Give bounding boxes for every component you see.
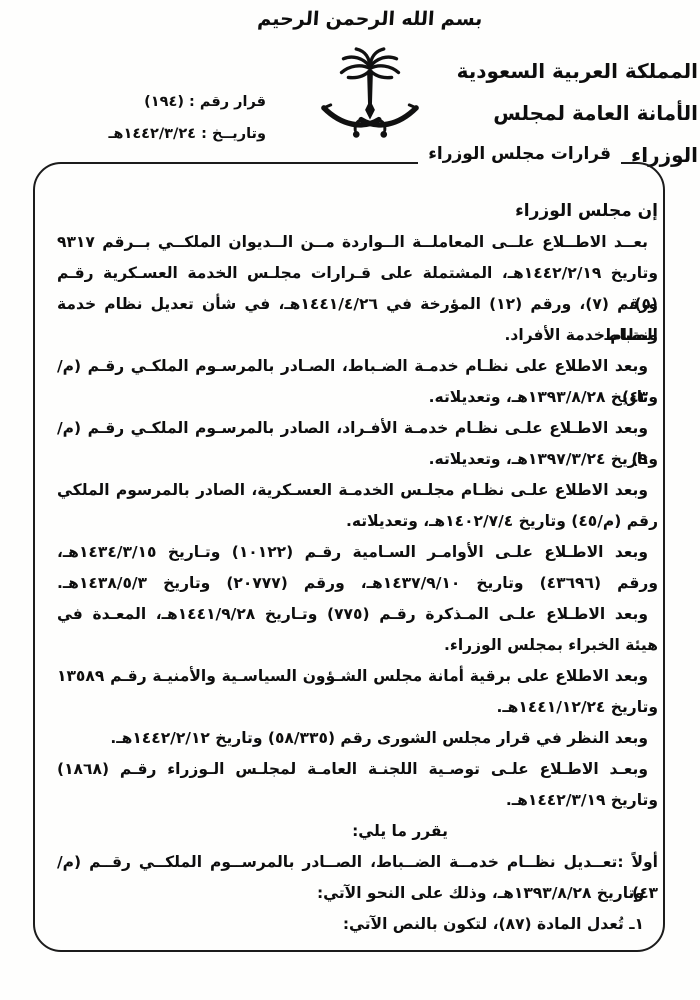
- decree-number-line: قرار رقم : (١٩٤): [104, 86, 266, 118]
- decree-text-line: ورقم (٤٣٦٩٦) وتاريخ ١٤٣٧/٩/١٠هـ، ورقم (٢…: [57, 568, 658, 599]
- decree-text-line: وبعد الاطلاع علـى نظـام مجلـس الخدمـة ال…: [57, 475, 658, 506]
- decree-text-line: وبعد الاطـلاع علـى الأوامـر السـامية رقـ…: [57, 537, 658, 568]
- decree-date-label: وتاريــخ :: [201, 126, 266, 142]
- decree-text-line: ورقم (٧)، ورقم (١٢) المؤرخة في ١٤٤١/٤/٢٦…: [57, 289, 658, 320]
- decree-number-label: قرار رقم :: [189, 94, 266, 110]
- decree-text-line: وتاريخ ١٣٩٣/٨/٢٨هـ، وذلك على النحو الآتي…: [57, 878, 658, 909]
- decree-text-line: بعــد الاطــلاع علــى المعاملــة الــوار…: [57, 227, 658, 258]
- saudi-emblem-icon: [316, 44, 424, 156]
- decree-number-value: (١٩٤): [144, 94, 184, 110]
- decree-text-line: وبعد الاطـلاع علـى المـذكرة رقـم (٧٧٥) و…: [57, 599, 658, 630]
- decree-text-line: وبعـد الاطـلاع علـى توصـية اللجنـة العام…: [57, 754, 658, 785]
- decree-meta-block: قرار رقم : (١٩٤) وتاريــخ : ١٤٤٢/٣/٢٤هـ: [104, 86, 266, 150]
- bismillah-calligraphy: بسم الله الرحمن الرحيم: [0, 8, 700, 30]
- decree-text-line: يقرر ما يلي:: [57, 816, 658, 847]
- decree-text-line: وتاريخ ١٣٩٣/٨/٢٨هـ، وتعديلاته.: [57, 382, 658, 413]
- decree-text-line: رقم (م/٤٥) وتاريخ ١٤٠٢/٧/٤هـ، وتعديلاته.: [57, 506, 658, 537]
- decree-text-line: وتاريخ ١٤٤٢/٢/١٩هـ، المشتملة على قـرارات…: [57, 258, 658, 289]
- decree-text-line: ونظام خدمة الأفراد.: [57, 320, 658, 351]
- decree-text-line: هيئة الخبراء بمجلس الوزراء.: [57, 630, 658, 661]
- decree-text-line: وتاريخ ١٤٤١/١٢/٢٤هـ.: [57, 692, 658, 723]
- decree-date-value: ١٤٤٢/٣/٢٤هـ: [108, 126, 196, 142]
- decree-text-line: أولاً :تعــديل نظــام خدمــة الضــباط، ا…: [57, 847, 658, 878]
- decree-text-line: وتاريخ ١٤٤٢/٣/١٩هـ.: [57, 785, 658, 816]
- decree-text-line: وبعد الاطـلاع علـى نظـام خدمـة الأفـراد،…: [57, 413, 658, 444]
- decree-date-line: وتاريــخ : ١٤٤٢/٣/٢٤هـ: [104, 118, 266, 150]
- kingdom-name: المملكة العربية السعودية: [446, 50, 698, 92]
- decree-text-line: وبعد الاطلاع على نظـام خدمـة الضـباط، ال…: [57, 351, 658, 382]
- decree-text-line: ١ـ تُعدل المادة (٨٧)، لتكون بالنص الآتي:: [57, 909, 658, 940]
- scanned-decree-page: { "header": { "bismillah": "بسم الله الر…: [0, 0, 700, 1000]
- decree-text-line: وبعد الاطلاع على برقية أمانة مجلس الشـؤو…: [57, 661, 658, 692]
- decree-body-lines: إن مجلس الوزراءبعــد الاطــلاع علــى الم…: [57, 196, 658, 940]
- decree-text-line: إن مجلس الوزراء: [57, 196, 658, 227]
- frame-title-calligraphy: قرارات مجلس الوزراء: [418, 138, 621, 172]
- decree-text-line: وتاريخ ١٣٩٧/٣/٢٤هـ، وتعديلاته.: [57, 444, 658, 475]
- decree-text-line: وبعد النظر في قرار مجلس الشورى رقم (٥٨/٣…: [57, 723, 658, 754]
